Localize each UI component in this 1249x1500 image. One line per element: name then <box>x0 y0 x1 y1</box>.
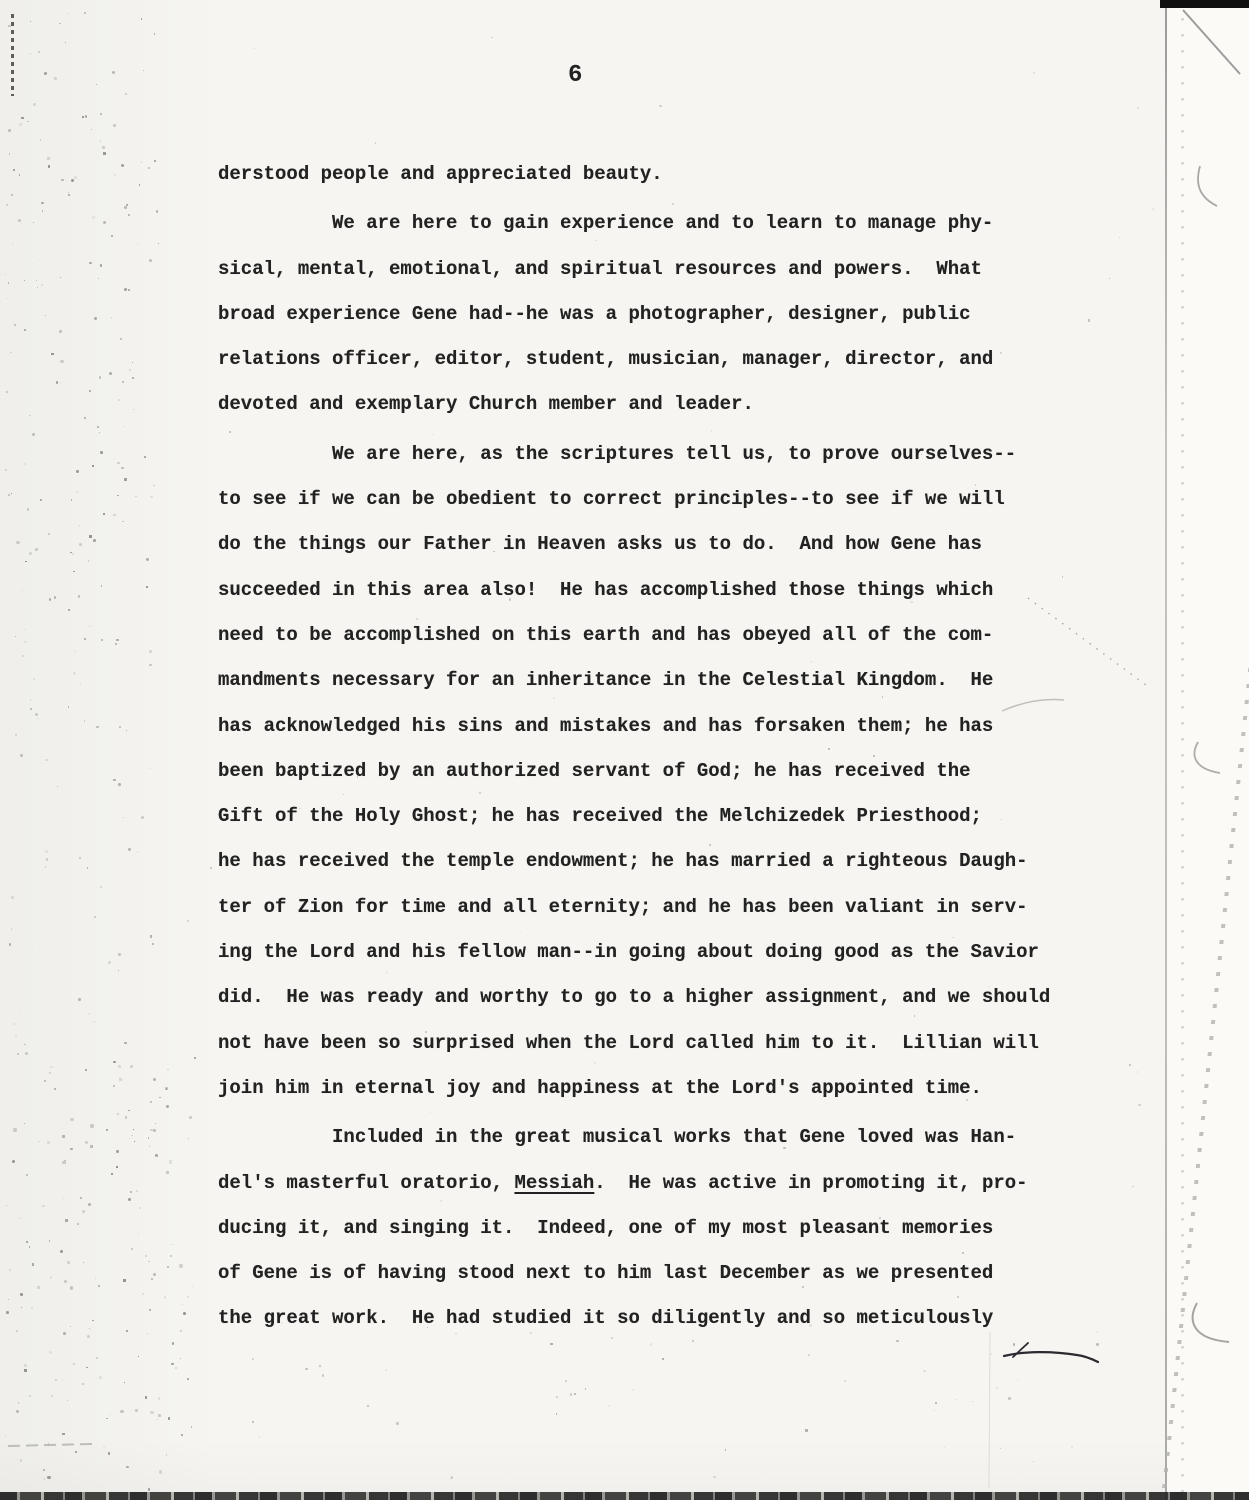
adjacent-page-strip <box>1167 0 1249 1500</box>
text-segment: derstood people and appreciated beauty. <box>218 163 663 185</box>
text-line: he has received the temple endowment; he… <box>218 839 1050 884</box>
text-line: need to be accomplished on this earth an… <box>218 613 1050 658</box>
perforation-dots <box>1181 18 1184 1494</box>
scan-edge-top <box>1160 0 1249 8</box>
bottom-left-dash <box>8 1444 92 1446</box>
text-line: join him in eternal joy and happiness at… <box>218 1066 1050 1111</box>
text-line: the great work. He had studied it so dil… <box>218 1296 1050 1341</box>
text-segment: need to be accomplished on this earth an… <box>218 624 993 646</box>
scan-edge-bottom <box>0 1492 1249 1500</box>
crease-line <box>989 1332 990 1488</box>
text-line: devoted and exemplary Church member and … <box>218 382 1050 427</box>
text-line: sical, mental, emotional, and spiritual … <box>218 247 1050 292</box>
text-segment: broad experience Gene had--he was a phot… <box>218 303 971 325</box>
text-line: not have been so surprised when the Lord… <box>218 1021 1050 1066</box>
text-line: of Gene is of having stood next to him l… <box>218 1251 1050 1296</box>
text-segment: We are here, as the scriptures tell us, … <box>332 443 1016 465</box>
text-line: to see if we can be obedient to correct … <box>218 477 1050 522</box>
text-segment: Gift of the Holy Ghost; he has received … <box>218 805 982 827</box>
text-segment: the great work. He had studied it so dil… <box>218 1307 993 1329</box>
text-line: We are here to gain experience and to le… <box>218 201 1050 246</box>
text-line: broad experience Gene had--he was a phot… <box>218 292 1050 337</box>
text-line: Included in the great musical works that… <box>218 1115 1050 1160</box>
text-line: succeeded in this area also! He has acco… <box>218 568 1050 613</box>
text-line: del's masterful oratorio, Messiah. He wa… <box>218 1161 1050 1206</box>
text-segment: . He was active in promoting it, pro- <box>594 1172 1027 1194</box>
pen-mark-tick <box>1013 1343 1028 1357</box>
pen-mark <box>1004 1352 1098 1362</box>
text-line: ing the Lord and his fellow man--in goin… <box>218 930 1050 975</box>
text-line: been baptized by an authorized servant o… <box>218 749 1050 794</box>
text-line: derstood people and appreciated beauty. <box>218 152 1050 197</box>
text-line: did. He was ready and worthy to go to a … <box>218 975 1050 1020</box>
text-segment: do the things our Father in Heaven asks … <box>218 533 982 555</box>
page-number: 6 <box>568 62 582 89</box>
text-line: do the things our Father in Heaven asks … <box>218 522 1050 567</box>
text-segment: join him in eternal joy and happiness at… <box>218 1077 982 1099</box>
typewritten-text: derstood people and appreciated beauty.W… <box>218 152 1050 1342</box>
text-segment: mandments necessary for an inheritance i… <box>218 669 993 691</box>
text-line: ducing it, and singing it. Indeed, one o… <box>218 1206 1050 1251</box>
scan-artifact-dash <box>11 14 14 96</box>
text-line: Gift of the Holy Ghost; he has received … <box>218 794 1050 839</box>
text-line: mandments necessary for an inheritance i… <box>218 658 1050 703</box>
text-segment: to see if we can be obedient to correct … <box>218 488 1005 510</box>
text-line: relations officer, editor, student, musi… <box>218 337 1050 382</box>
text-segment: of Gene is of having stood next to him l… <box>218 1262 993 1284</box>
page-edge <box>1165 0 1167 1500</box>
text-segment: devoted and exemplary Church member and … <box>218 393 754 415</box>
text-segment: ing the Lord and his fellow man--in goin… <box>218 941 1039 963</box>
text-segment: succeeded in this area also! He has acco… <box>218 579 993 601</box>
text-segment: relations officer, editor, student, musi… <box>218 348 993 370</box>
text-segment: been baptized by an authorized servant o… <box>218 760 971 782</box>
text-segment: sical, mental, emotional, and spiritual … <box>218 258 982 280</box>
text-segment: not have been so surprised when the Lord… <box>218 1032 1039 1054</box>
text-line: We are here, as the scriptures tell us, … <box>218 432 1050 477</box>
text-segment: did. He was ready and worthy to go to a … <box>218 986 1050 1008</box>
underlined-title: Messiah <box>514 1172 594 1194</box>
text-segment: We are here to gain experience and to le… <box>332 212 993 234</box>
text-segment: Included in the great musical works that… <box>332 1126 1016 1148</box>
text-segment: he has received the temple endowment; he… <box>218 850 1028 872</box>
text-line: has acknowledged his sins and mistakes a… <box>218 704 1050 749</box>
text-segment: del's masterful oratorio, <box>218 1172 514 1194</box>
text-segment: ter of Zion for time and all eternity; a… <box>218 896 1028 918</box>
text-segment: ducing it, and singing it. Indeed, one o… <box>218 1217 993 1239</box>
scanned-page: 6 derstood people and appreciated beauty… <box>0 0 1249 1500</box>
text-segment: has acknowledged his sins and mistakes a… <box>218 715 993 737</box>
text-line: ter of Zion for time and all eternity; a… <box>218 885 1050 930</box>
